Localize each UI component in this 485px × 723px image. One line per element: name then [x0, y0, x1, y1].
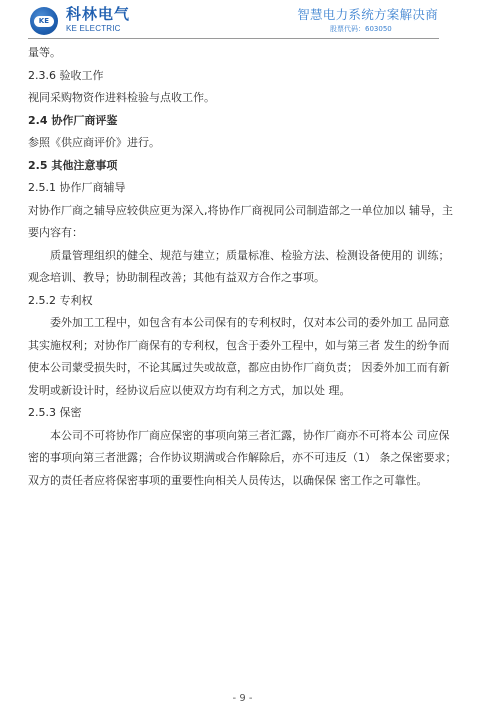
section-subheading: 2.5.2 专利权: [28, 290, 446, 313]
section-heading: 2.4 协作厂商评鉴: [28, 110, 446, 133]
page-header: KE 科林电气 KE ELECTRIC 智慧电力系统方案解决商 股票代码：603…: [28, 0, 438, 38]
section-subheading: 2.3.6 验收工作: [28, 65, 446, 88]
text-line: 要内容有：: [28, 222, 446, 245]
ke-logo-icon: KE: [30, 7, 58, 35]
text-line: 视同采购物资作进料检验与点收工作。: [28, 87, 446, 110]
stock-code: 股票代码：603050: [330, 25, 392, 34]
page-number: - 9 -: [0, 693, 485, 705]
text-line: 使本公司蒙受损失时，不论其属过失或故意，都应由协作厂商负责； 因委外加工而有新: [28, 357, 446, 380]
text-line: 观念培训、教导；协助制程改善；其他有益双方合作之事项。: [28, 267, 446, 290]
text-line: 双方的责任者应将保密事项的重要性向相关人员传达，以确保保 密工作之可靠性。: [28, 470, 446, 493]
text-line-indented: 委外加工工程中，如包含有本公司保有的专利权时，仅对本公司的委外加工 品同意: [28, 312, 446, 335]
text-line: 量等。: [28, 42, 446, 65]
text-line: 参照《供应商评价》进行。: [28, 132, 446, 155]
logo-mark: KE: [34, 16, 54, 27]
header-divider: [28, 38, 439, 39]
brand-name-en: KE ELECTRIC: [66, 24, 121, 34]
document-body: 量等。 2.3.6 验收工作 视同采购物资作进料检验与点收工作。 2.4 协作厂…: [28, 42, 446, 492]
section-subheading: 2.5.3 保密: [28, 402, 446, 425]
section-subheading: 2.5.1 协作厂商辅导: [28, 177, 446, 200]
company-slogan: 智慧电力系统方案解决商: [297, 7, 438, 22]
text-line: 其实施权利；对协作厂商保有的专利权，包含于委外工程中，如与第三者 发生的纷争而: [28, 335, 446, 358]
text-line: 对协作厂商之辅导应较供应更为深入,将协作厂商视同公司制造部之一单位加以 辅导，主: [28, 200, 446, 223]
brand-name-cn: 科林电气: [66, 6, 130, 23]
section-heading: 2.5 其他注意事项: [28, 155, 446, 178]
text-line-indented: 本公司不可将协作厂商应保密的事项向第三者汇露，协作厂商亦不可将本公 司应保: [28, 425, 446, 448]
text-line: 发明或新设计时，经协议后应以使双方均有利之方式，加以处 理。: [28, 380, 446, 403]
text-line-indented: 质量管理组织的健全、规范与建立；质量标准、检验方法、检测设备使用的 训练；: [28, 245, 446, 268]
text-line: 密的事项向第三者泄露；合作协议期满或合作解除后，亦不可违反（1） 条之保密要求；: [28, 447, 446, 470]
